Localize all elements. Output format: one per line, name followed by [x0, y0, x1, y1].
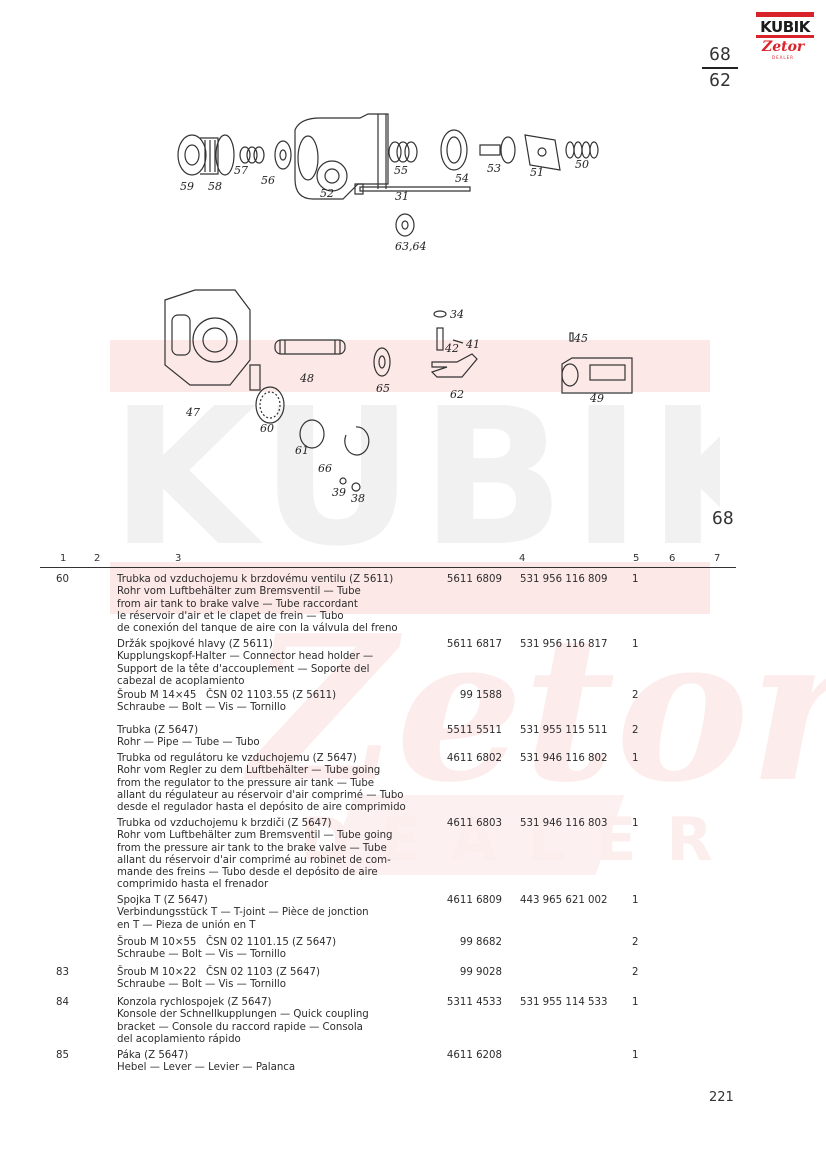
column-header-5: 5 [633, 553, 639, 564]
quantity: 1 [632, 1050, 638, 1062]
description-line: Trubka od regulátoru ke vzduchojemu (Z 5… [117, 753, 437, 765]
description-line: Schraube — Bolt — Vis — Tornillo [117, 949, 437, 961]
part-description: Trubka od vzduchojemu k brzdiči (Z 5647)… [117, 818, 437, 892]
description-line: desde el regulador hasta el depósito de … [117, 802, 437, 814]
description-line: Rohr vom Regler zu dem Luftbehälter — Tu… [117, 765, 437, 777]
svg-text:56: 56 [261, 174, 275, 187]
logo-bar-bottom [756, 35, 814, 38]
description-line: Trubka od vzduchojemu k brzdiči (Z 5647) [117, 818, 437, 830]
page-ref-group: 68 [700, 45, 740, 65]
svg-text:57: 57 [234, 164, 248, 177]
svg-text:66: 66 [318, 462, 332, 475]
quantity: 2 [632, 725, 638, 737]
description-line: Kupplungskopf-Halter — Connector head ho… [117, 651, 437, 663]
bolt-long-icon [355, 184, 470, 194]
valve-stem-icon [480, 137, 515, 163]
spring-icon [389, 142, 417, 162]
description-line: Verbindungsstück T — T-joint — Pièce de … [117, 907, 437, 919]
plate-icon [525, 135, 560, 170]
coupling-head-icon [165, 290, 260, 390]
quantity: 1 [632, 895, 638, 907]
quantity: 1 [632, 753, 638, 765]
filter-screen-icon [256, 387, 284, 423]
position-number: 83 [56, 967, 78, 979]
nut-icon [396, 214, 414, 236]
svg-text:60: 60 [260, 422, 274, 435]
svg-text:38: 38 [351, 492, 365, 505]
seal-ring-icon [216, 135, 234, 175]
svg-text:52: 52 [320, 187, 334, 200]
svg-text:65: 65 [376, 382, 390, 395]
page-ref-subgroup: 62 [700, 71, 740, 91]
description-line: allant du réservoir d'air comprimé au ro… [117, 855, 437, 867]
pipe-icon [275, 340, 345, 354]
svg-text:41: 41 [465, 338, 480, 351]
description-line: Hebel — Lever — Levier — Palanca [117, 1062, 437, 1074]
catalog-number: 531 946 116 803 [520, 818, 608, 830]
description-line: from the regulator to the pressure air t… [117, 778, 437, 790]
svg-text:53: 53 [487, 162, 501, 175]
svg-text:59: 59 [180, 180, 194, 193]
column-header-7: 7 [714, 553, 720, 564]
part-number: 99 1588 [446, 690, 502, 702]
quantity: 1 [632, 997, 638, 1009]
part-description: Šroub M 10×22 ČSN 02 1103 (Z 5647)Schrau… [117, 967, 437, 992]
catalog-number: 531 955 115 511 [520, 725, 608, 737]
quantity: 1 [632, 639, 638, 651]
description-line: Páka (Z 5647) [117, 1050, 437, 1062]
group-number: 68 [712, 508, 734, 529]
part-description: Konzola rychlospojek (Z 5647)Konsole der… [117, 997, 437, 1046]
description-line: mande des freins — Tubo desde el depósit… [117, 867, 437, 879]
description-line: Konzola rychlospojek (Z 5647) [117, 997, 437, 1009]
page-number: 221 [709, 1090, 734, 1105]
svg-text:55: 55 [394, 164, 408, 177]
part-number: 4611 6208 [446, 1050, 502, 1062]
part-number: 4611 6803 [446, 818, 502, 830]
description-line: le réservoir d'air et le clapet de frein… [117, 611, 437, 623]
logo-tagline: DEALER [772, 55, 794, 60]
description-line: Trubka (Z 5647) [117, 725, 437, 737]
catalog-number: 443 965 621 002 [520, 895, 608, 907]
part-number: 5611 6809 [446, 574, 502, 586]
description-line: Rohr — Pipe — Tube — Tubo [117, 737, 437, 749]
description-line: Spojka T (Z 5647) [117, 895, 437, 907]
fork-bracket-icon [432, 354, 477, 377]
description-line: Schraube — Bolt — Vis — Tornillo [117, 702, 437, 714]
part-description: Držák spojkové hlavy (Z 5611)Kupplungsko… [117, 639, 437, 688]
description-line: Držák spojkové hlavy (Z 5611) [117, 639, 437, 651]
svg-text:47: 47 [185, 406, 200, 419]
part-description: Trubka (Z 5647)Rohr — Pipe — Tube — Tubo [117, 725, 437, 750]
part-description: Trubka od vzduchojemu k brzdovému ventil… [117, 574, 437, 635]
nut-small-icon [352, 483, 360, 491]
svg-text:34: 34 [450, 308, 464, 321]
svg-text:50: 50 [575, 158, 589, 171]
svg-text:48: 48 [299, 372, 314, 385]
plug-part-icon [178, 135, 218, 175]
part-number: 4611 6809 [446, 895, 502, 907]
logo-brand: KUBIK [756, 19, 814, 35]
description-line: from air tank to brake valve — Tube racc… [117, 599, 437, 611]
catalog-number: 531 956 116 817 [520, 639, 608, 651]
description-line: allant du régulateur au réservoir d'air … [117, 790, 437, 802]
part-number: 5511 5511 [446, 725, 502, 737]
position-number: 60 [56, 574, 78, 586]
quantity: 1 [632, 574, 638, 586]
part-number: 5611 6817 [446, 639, 502, 651]
washer-small-icon [434, 311, 446, 317]
description-line: Konsole der Schnellkupplungen — Quick co… [117, 1009, 437, 1021]
quantity: 1 [632, 818, 638, 830]
valve-body-icon [295, 114, 388, 199]
quantity: 2 [632, 690, 638, 702]
part-description: Spojka T (Z 5647)Verbindungsstück T — T-… [117, 895, 437, 932]
coupler-body-icon [562, 358, 632, 393]
quantity: 2 [632, 967, 638, 979]
part-number: 5311 4533 [446, 997, 502, 1009]
washer-tiny-icon [340, 478, 346, 484]
part-description: Páka (Z 5647)Hebel — Lever — Levier — Pa… [117, 1050, 437, 1075]
fraction-line [702, 67, 738, 69]
svg-text:54: 54 [455, 172, 469, 185]
part-number: 99 9028 [446, 967, 502, 979]
circlip-icon [345, 427, 369, 455]
description-line: en T — Pieza de unión en T [117, 920, 437, 932]
part-number: 99 8682 [446, 937, 502, 949]
svg-text:42: 42 [444, 342, 459, 355]
column-header-6: 6 [669, 553, 675, 564]
kubik-zetor-logo: KUBIK Zetor DEALER [756, 12, 814, 60]
svg-text:39: 39 [332, 486, 346, 499]
spring-large-icon [566, 142, 598, 158]
pin-icon [437, 328, 443, 350]
part-number: 4611 6802 [446, 753, 502, 765]
catalog-number: 531 955 114 533 [520, 997, 608, 1009]
page-reference: 68 62 [700, 45, 740, 91]
description-line: de conexión del tanque de aire con la vá… [117, 623, 437, 635]
column-header-3: 3 [175, 553, 181, 564]
svg-text:51: 51 [530, 166, 544, 179]
column-header-1: 1 [60, 553, 66, 564]
part-description: Šroub M 10×55 ČSN 02 1101.15 (Z 5647)Sch… [117, 937, 437, 962]
description-line: Šroub M 14×45 ČSN 02 1103.55 (Z 5611) [117, 690, 437, 702]
svg-text:31: 31 [395, 190, 409, 203]
exploded-parts-diagram: 59 58 57 56 52 55 31 54 53 51 50 63,64 4… [150, 100, 650, 510]
part-description: Šroub M 14×45 ČSN 02 1103.55 (Z 5611)Sch… [117, 690, 437, 715]
svg-text:61: 61 [295, 444, 309, 457]
description-line: Trubka od vzduchojemu k brzdovému ventil… [117, 574, 437, 586]
svg-text:62: 62 [450, 388, 464, 401]
description-line: Schraube — Bolt — Vis — Tornillo [117, 979, 437, 991]
washer-icon [275, 141, 291, 169]
header-rule [40, 567, 736, 568]
column-header-2: 2 [94, 553, 100, 564]
svg-text:49: 49 [589, 392, 604, 405]
column-header-4: 4 [519, 553, 525, 564]
description-line: Rohr vom Luftbehälter zum Bremsventil — … [117, 830, 437, 842]
position-number: 85 [56, 1050, 78, 1062]
description-line: Šroub M 10×22 ČSN 02 1103 (Z 5647) [117, 967, 437, 979]
pin-small-icon [570, 333, 573, 341]
spring-small-icon [240, 147, 264, 163]
description-line: del acoplamiento rápido [117, 1034, 437, 1046]
description-line: Rohr vom Luftbehälter zum Bremsventil — … [117, 586, 437, 598]
catalog-number: 531 956 116 809 [520, 574, 608, 586]
cup-seal-icon [441, 130, 467, 170]
logo-sub-brand: Zetor [762, 40, 804, 54]
quantity: 2 [632, 937, 638, 949]
part-description: Trubka od regulátoru ke vzduchojemu (Z 5… [117, 753, 437, 814]
svg-text:58: 58 [208, 180, 222, 193]
description-line: bracket — Console du raccord rapide — Co… [117, 1022, 437, 1034]
catalog-number: 531 946 116 802 [520, 753, 608, 765]
description-line: from the pressure air tank to the brake … [117, 843, 437, 855]
description-line: cabezal de acoplamiento [117, 676, 437, 688]
svg-text:45: 45 [573, 332, 588, 345]
description-line: Šroub M 10×55 ČSN 02 1101.15 (Z 5647) [117, 937, 437, 949]
logo-bar-top [756, 12, 814, 17]
description-line: comprimido hasta el frenador [117, 879, 437, 891]
svg-text:63,64: 63,64 [395, 240, 427, 253]
position-number: 84 [56, 997, 78, 1009]
description-line: Support de la tête d'accouplement — Sopo… [117, 664, 437, 676]
gasket-icon [374, 348, 390, 376]
